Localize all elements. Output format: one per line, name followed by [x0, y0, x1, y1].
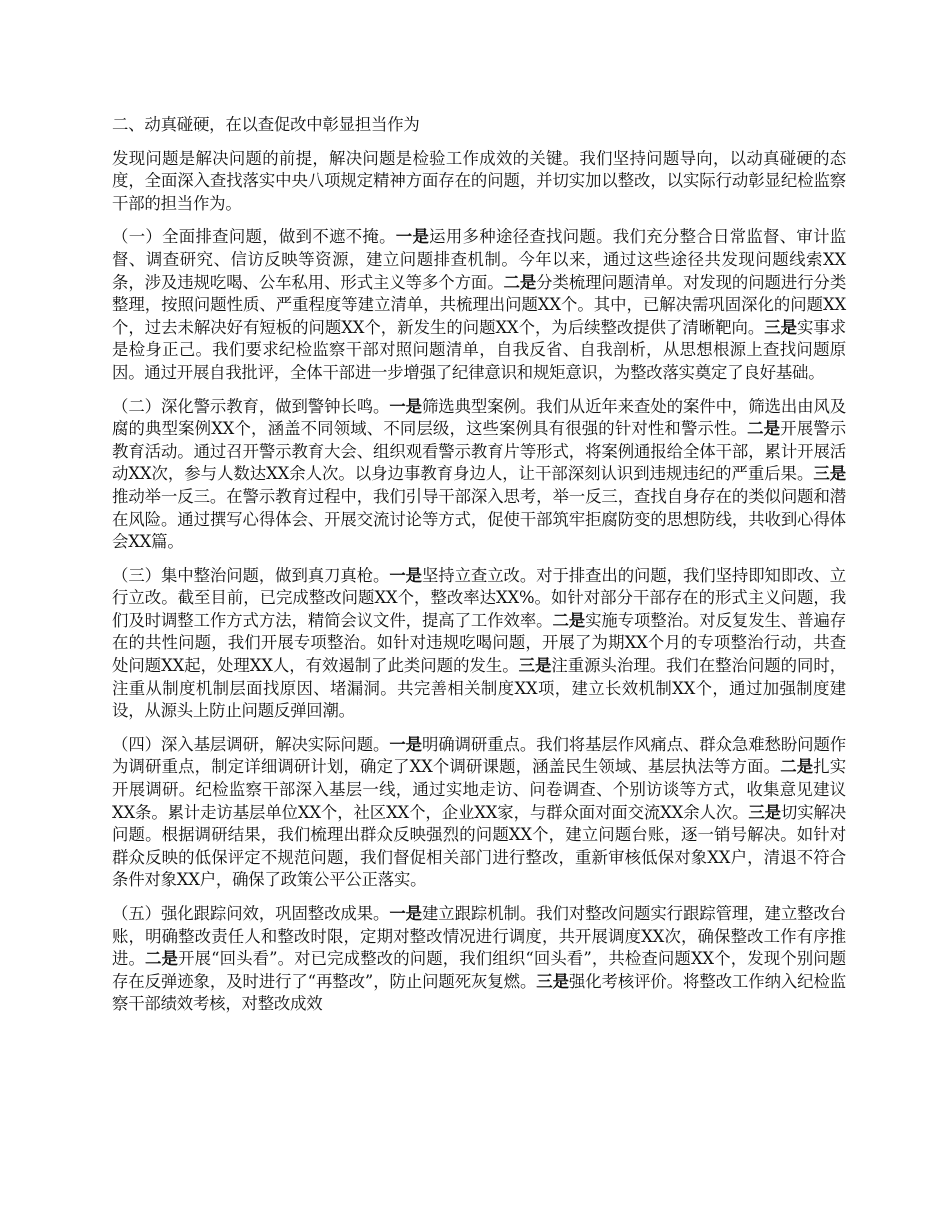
- document-page: 二、动真碰硬，在以查促改中彰显担当作为 发现问题是解决问题的前提，解决问题是检验…: [112, 114, 846, 1027]
- keyword-second: 二是: [747, 419, 780, 438]
- paragraph-5: （五）强化跟踪问效，巩固整改成果。一是建立跟踪机制。我们对整改问题实行跟踪管理，…: [112, 903, 846, 1016]
- keyword-first: 一是: [389, 566, 422, 585]
- keyword-second: 二是: [504, 273, 537, 292]
- keyword-third: 三是: [748, 803, 781, 822]
- keyword-second: 二是: [552, 611, 585, 630]
- intro-paragraph: 发现问题是解决问题的前提，解决问题是检验工作成效的关键。我们坚持问题导向，以动真…: [112, 148, 846, 216]
- keyword-third: 三是: [519, 656, 552, 675]
- paragraph-4: （四）深入基层调研，解决实际问题。一是明确调研重点。我们将基层作风痛点、群众急难…: [112, 734, 846, 892]
- keyword-first: 一是: [396, 227, 429, 246]
- paragraph-title: （五）强化跟踪问效，巩固整改成果。: [112, 904, 389, 923]
- paragraph-1: （一）全面排查问题，做到不遮不掩。一是运用多种途径查找问题。我们充分整合日常监督…: [112, 226, 846, 384]
- paragraph-title: （三）集中整治问题，做到真刀真枪。: [112, 566, 389, 585]
- keyword-third: 三是: [813, 464, 846, 483]
- keyword-second: 二是: [145, 949, 178, 968]
- keyword-second: 二是: [780, 757, 813, 776]
- section-heading: 二、动真碰硬，在以查促改中彰显担当作为: [112, 114, 846, 137]
- paragraph-title: （一）全面排查问题，做到不遮不掩。: [112, 227, 396, 246]
- paragraph-3: （三）集中整治问题，做到真刀真枪。一是坚持立查立改。对于排查出的问题，我们坚持即…: [112, 565, 846, 723]
- paragraph-title: （二）深化警示教育，做到警钟长鸣。: [112, 397, 389, 416]
- paragraph-2: （二）深化警示教育，做到警钟长鸣。一是筛选典型案例。我们从近年来查处的案件中，筛…: [112, 396, 846, 554]
- keyword-third: 三是: [536, 972, 569, 991]
- keyword-first: 一是: [389, 904, 422, 923]
- keyword-first: 一是: [389, 735, 422, 754]
- keyword-first: 一是: [389, 397, 422, 416]
- paragraph-text: 推动举一反三。在警示教育过程中，我们引导干部深入思考，举一反三，查找自身存在的类…: [112, 487, 846, 551]
- keyword-third: 三是: [764, 318, 797, 337]
- paragraph-title: （四）深入基层调研，解决实际问题。: [112, 735, 389, 754]
